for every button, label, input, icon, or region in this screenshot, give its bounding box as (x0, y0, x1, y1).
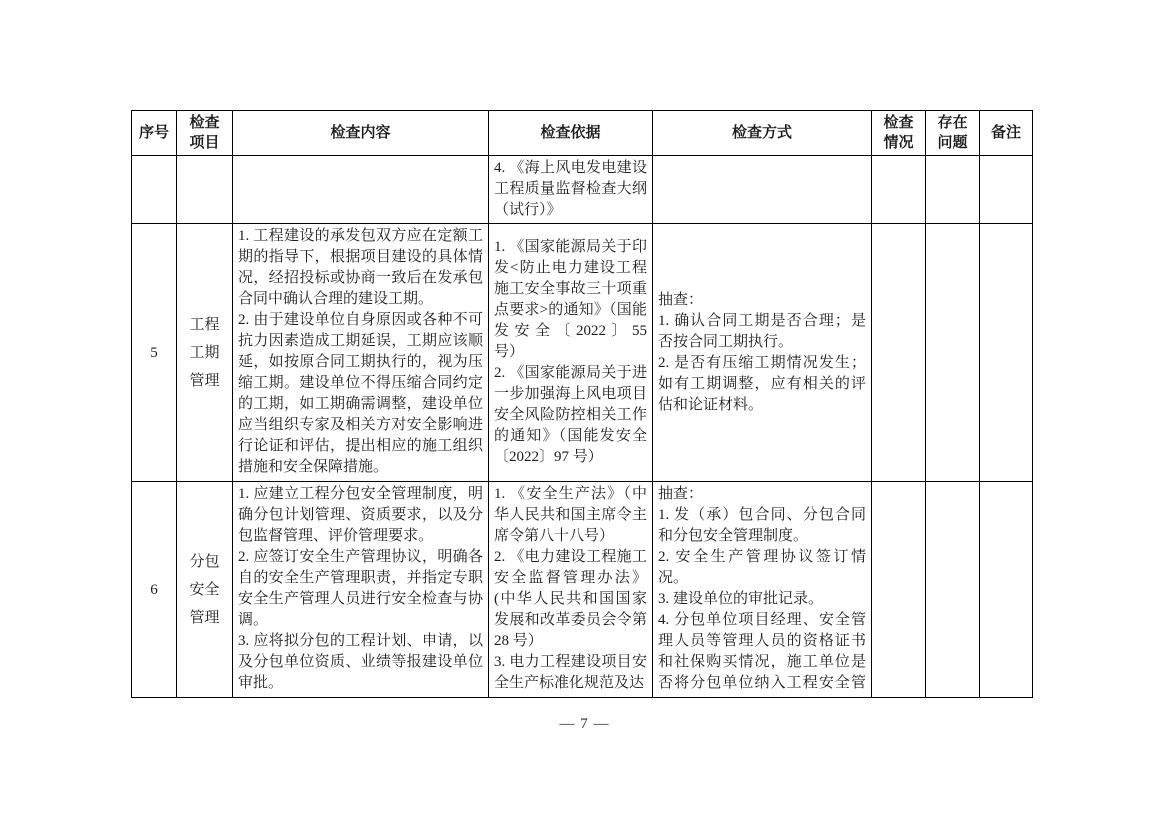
cell-inspection-status (872, 156, 926, 224)
clipped-text-block: 1. 应建立工程分包安全管理制度，明确分包计划管理、资质要求，以及分包监督管理、… (238, 484, 483, 694)
cell-serial-number (132, 156, 177, 224)
col-header-inspection-item: 检查 项目 (177, 111, 233, 156)
cell-remarks (980, 482, 1033, 698)
document-page: 序号 检查 项目 检查内容 检查依据 检查方式 检查 情况 存在 问题 备注 4… (0, 0, 1169, 827)
cell-inspection-basis: 1. 《国家能源局关于印发<防止电力建设工程施工安全事故三十项重点要求>的通知》… (489, 224, 653, 482)
col-header-inspection-basis: 检查依据 (489, 111, 653, 156)
col-header-serial-number: 序号 (132, 111, 177, 156)
cell-inspection-basis: 4. 《海上风电发电建设工程质量监督检查大纲（试行）》 (489, 156, 653, 224)
col-header-remarks: 备注 (980, 111, 1033, 156)
cell-inspection-content: 1. 应建立工程分包安全管理制度，明确分包计划管理、资质要求，以及分包监督管理、… (233, 482, 489, 698)
cell-inspection-method: 抽查： 1. 发（承）包合同、分包合同和分包安全管理制度。 2. 安全生产管理协… (653, 482, 872, 698)
cell-existing-problems (926, 482, 980, 698)
clipped-text-block: 抽查： 1. 发（承）包合同、分包合同和分包安全管理制度。 2. 安全生产管理协… (658, 484, 866, 694)
table-row-5: 5 工程 工期 管理 1. 工程建设的承发包双方应在定额工期的指导下，根据项目建… (132, 224, 1033, 482)
clipped-text-block: 1. 《安全生产法》（中华人民共和国主席令主席令第八十八号） 2. 《电力建设工… (494, 484, 647, 694)
cell-remarks (980, 224, 1033, 482)
cell-inspection-status (872, 482, 926, 698)
inspection-checklist-table: 序号 检查 项目 检查内容 检查依据 检查方式 检查 情况 存在 问题 备注 4… (131, 110, 1033, 698)
table-header-row: 序号 检查 项目 检查内容 检查依据 检查方式 检查 情况 存在 问题 备注 (132, 111, 1033, 156)
table-row-continuation: 4. 《海上风电发电建设工程质量监督检查大纲（试行）》 (132, 156, 1033, 224)
cell-inspection-method: 抽查： 1. 确认合同工期是否合理；是否按合同工期执行。 2. 是否有压缩工期情… (653, 224, 872, 482)
cell-inspection-item: 工程 工期 管理 (177, 224, 233, 482)
cell-inspection-content: 1. 工程建设的承发包双方应在定额工期的指导下，根据项目建设的具体情况，经招投标… (233, 224, 489, 482)
col-header-existing-problems: 存在 问题 (926, 111, 980, 156)
cell-inspection-method (653, 156, 872, 224)
col-header-inspection-method: 检查方式 (653, 111, 872, 156)
cell-inspection-content (233, 156, 489, 224)
cell-inspection-item (177, 156, 233, 224)
cell-serial-number: 6 (132, 482, 177, 698)
cell-existing-problems (926, 224, 980, 482)
col-header-inspection-status: 检查 情况 (872, 111, 926, 156)
cell-serial-number: 5 (132, 224, 177, 482)
table-row-6: 6 分包 安全 管理 1. 应建立工程分包安全管理制度，明确分包计划管理、资质要… (132, 482, 1033, 698)
page-number: — 7 — (0, 716, 1169, 733)
cell-inspection-item: 分包 安全 管理 (177, 482, 233, 698)
cell-inspection-basis: 1. 《安全生产法》（中华人民共和国主席令主席令第八十八号） 2. 《电力建设工… (489, 482, 653, 698)
cell-inspection-status (872, 224, 926, 482)
cell-existing-problems (926, 156, 980, 224)
col-header-inspection-content: 检查内容 (233, 111, 489, 156)
cell-remarks (980, 156, 1033, 224)
